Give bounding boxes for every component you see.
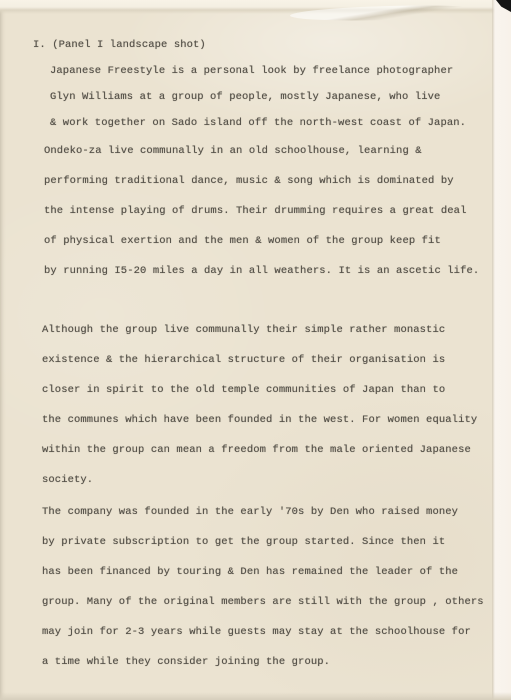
typewritten-line: Glyn Williams at a group of people, most… [50, 84, 511, 110]
typewritten-line: & work together on Sado island off the n… [50, 110, 511, 136]
paragraph-1: Japanese Freestyle is a personal look by… [50, 58, 511, 136]
typewritten-text: I. (Panel I landscape shot) Japanese Fre… [0, 0, 511, 677]
typewritten-line: Although the group live communally their… [42, 315, 511, 345]
scanned-page: I. (Panel I landscape shot) Japanese Fre… [0, 0, 511, 700]
typewritten-line: The company was founded in the early '70… [42, 497, 511, 527]
typewritten-line: Japanese Freestyle is a personal look by… [50, 58, 511, 84]
typewritten-line: performing traditional dance, music & so… [44, 166, 511, 196]
typewritten-line: Ondeko-za live communally in an old scho… [44, 136, 511, 166]
typewritten-line: the communes which have been founded in … [42, 405, 511, 435]
paragraph-2: Ondeko-za live communally in an old scho… [44, 136, 511, 286]
paragraph-3: Although the group live communally their… [42, 315, 511, 495]
paragraph-4: The company was founded in the early '70… [42, 497, 511, 677]
typewritten-line: existence & the hierarchical structure o… [42, 345, 511, 375]
typewritten-line: the intense playing of drums. Their drum… [44, 196, 511, 226]
typewritten-line: may join for 2-3 years while guests may … [42, 617, 511, 647]
typewritten-line: of physical exertion and the men & women… [44, 226, 511, 256]
typewritten-line: society. [42, 465, 511, 495]
typewritten-line: group. Many of the original members are … [42, 587, 511, 617]
typewritten-line: has been financed by touring & Den has r… [42, 557, 511, 587]
typewritten-line: a time while they consider joining the g… [42, 647, 511, 677]
typewritten-line: closer in spirit to the old temple commu… [42, 375, 511, 405]
scan-bottom-shadow [0, 692, 511, 700]
typewritten-line: by running I5-20 miles a day in all weat… [44, 256, 511, 286]
panel-heading: I. (Panel I landscape shot) [33, 32, 511, 58]
typewritten-line: by private subscription to get the group… [42, 527, 511, 557]
typewritten-line: within the group can mean a freedom from… [42, 435, 511, 465]
